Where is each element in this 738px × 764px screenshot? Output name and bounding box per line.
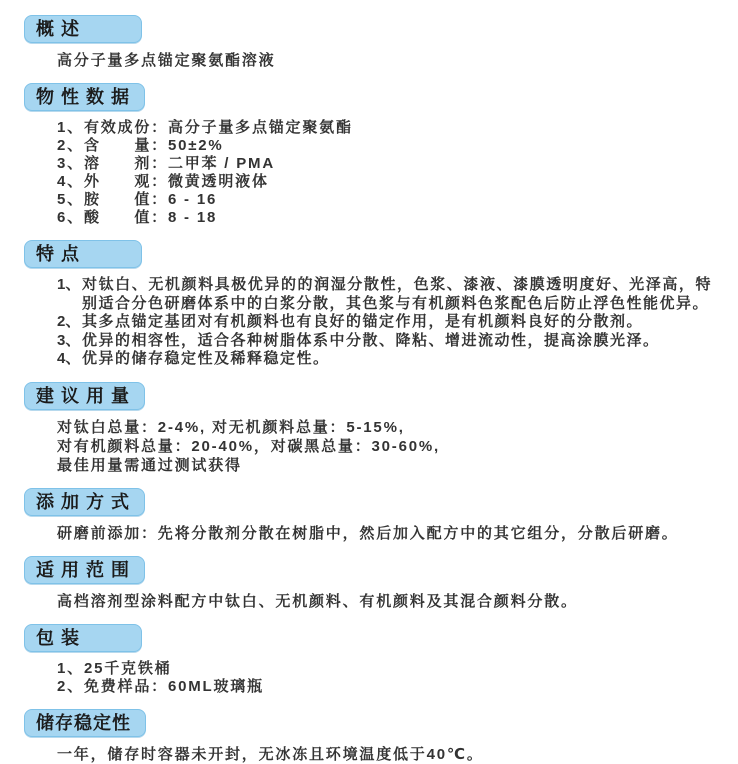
overview-text: 高分子量多点锚定聚氨酯溶液 [57, 51, 712, 70]
feature-number: 3、 [57, 332, 82, 351]
feature-number: 4、 [57, 350, 82, 369]
dosage-line-organic-carbon: 对有机颜料总量：20-40%，对碳黑总量：30-60%, [57, 437, 712, 456]
section-physical-properties: 物 性 数 据 1、有效成份：高分子量多点锚定聚氨酯 2、含 量：50±2% 3… [24, 83, 712, 227]
feature-text: 优异的相容性，适合各种树脂体系中分散、降粘、增进流动性，提高涂膜光泽。 [82, 332, 712, 351]
feature-text: 其多点锚定基团对有机颜料也有良好的锚定作用，是有机颜料良好的分散剂。 [82, 313, 712, 332]
addition-method-text: 研磨前添加：先将分散剂分散在树脂中，然后加入配方中的其它组分，分散后研磨。 [57, 524, 712, 543]
feature-item: 1、 对钛白、无机颜料具极优异的的润湿分散性，色浆、漆液、漆膜透明度好、光泽高，… [57, 276, 712, 313]
feature-number: 2、 [57, 313, 82, 332]
applicable-scope-text: 高档溶剂型涂料配方中钛白、无机颜料、有机颜料及其混合颜料分散。 [57, 592, 712, 611]
feature-number: 1、 [57, 276, 82, 313]
dosage-line-testing-note: 最佳用量需通过测试获得 [57, 456, 712, 475]
recommended-dosage-heading: 建 议 用 量 [24, 382, 145, 410]
packaging-item-drum: 1、25千克铁桶 [57, 660, 712, 678]
packaging-item-sample: 2、免费样品：60ML玻璃瓶 [57, 678, 712, 696]
property-amine-value: 5、胺 值：6 - 16 [57, 191, 712, 209]
property-active-ingredient: 1、有效成份：高分子量多点锚定聚氨酯 [57, 119, 712, 137]
property-solvent: 3、溶 剂：二甲苯 / PMA [57, 155, 712, 173]
product-datasheet: 概 述 高分子量多点锚定聚氨酯溶液 物 性 数 据 1、有效成份：高分子量多点锚… [0, 0, 738, 764]
feature-text: 对钛白、无机颜料具极优异的的润湿分散性，色浆、漆液、漆膜透明度好、光泽高，特别适… [82, 276, 712, 313]
overview-heading: 概 述 [24, 15, 142, 43]
section-recommended-dosage: 建 议 用 量 对钛白总量：2-4%, 对无机颜料总量：5-15%, 对有机颜料… [24, 382, 712, 475]
section-packaging: 包 装 1、25千克铁桶 2、免费样品：60ML玻璃瓶 [24, 624, 712, 696]
section-overview: 概 述 高分子量多点锚定聚氨酯溶液 [24, 15, 712, 70]
feature-text: 优异的储存稳定性及稀释稳定性。 [82, 350, 712, 369]
features-heading: 特 点 [24, 240, 142, 268]
dosage-line-titanium-inorganic: 对钛白总量：2-4%, 对无机颜料总量：5-15%, [57, 418, 712, 437]
section-storage-stability: 储存稳定性 一年，储存时容器未开封，无冰冻且环境温度低于40℃。 [24, 709, 712, 764]
applicable-scope-heading: 适 用 范 围 [24, 556, 145, 584]
feature-item: 4、 优异的储存稳定性及稀释稳定性。 [57, 350, 712, 369]
addition-method-heading: 添 加 方 式 [24, 488, 145, 516]
physical-properties-heading: 物 性 数 据 [24, 83, 145, 111]
section-applicable-scope: 适 用 范 围 高档溶剂型涂料配方中钛白、无机颜料、有机颜料及其混合颜料分散。 [24, 556, 712, 611]
property-acid-value: 6、酸 值：8 - 18 [57, 209, 712, 227]
property-appearance: 4、外 观：微黄透明液体 [57, 173, 712, 191]
packaging-heading: 包 装 [24, 624, 142, 652]
property-content: 2、含 量：50±2% [57, 137, 712, 155]
feature-item: 3、 优异的相容性，适合各种树脂体系中分散、降粘、增进流动性，提高涂膜光泽。 [57, 332, 712, 351]
section-features: 特 点 1、 对钛白、无机颜料具极优异的的润湿分散性，色浆、漆液、漆膜透明度好、… [24, 240, 712, 369]
section-addition-method: 添 加 方 式 研磨前添加：先将分散剂分散在树脂中，然后加入配方中的其它组分，分… [24, 488, 712, 543]
storage-stability-text: 一年，储存时容器未开封，无冰冻且环境温度低于40℃。 [57, 745, 712, 764]
feature-item: 2、 其多点锚定基团对有机颜料也有良好的锚定作用，是有机颜料良好的分散剂。 [57, 313, 712, 332]
storage-stability-heading: 储存稳定性 [24, 709, 146, 737]
